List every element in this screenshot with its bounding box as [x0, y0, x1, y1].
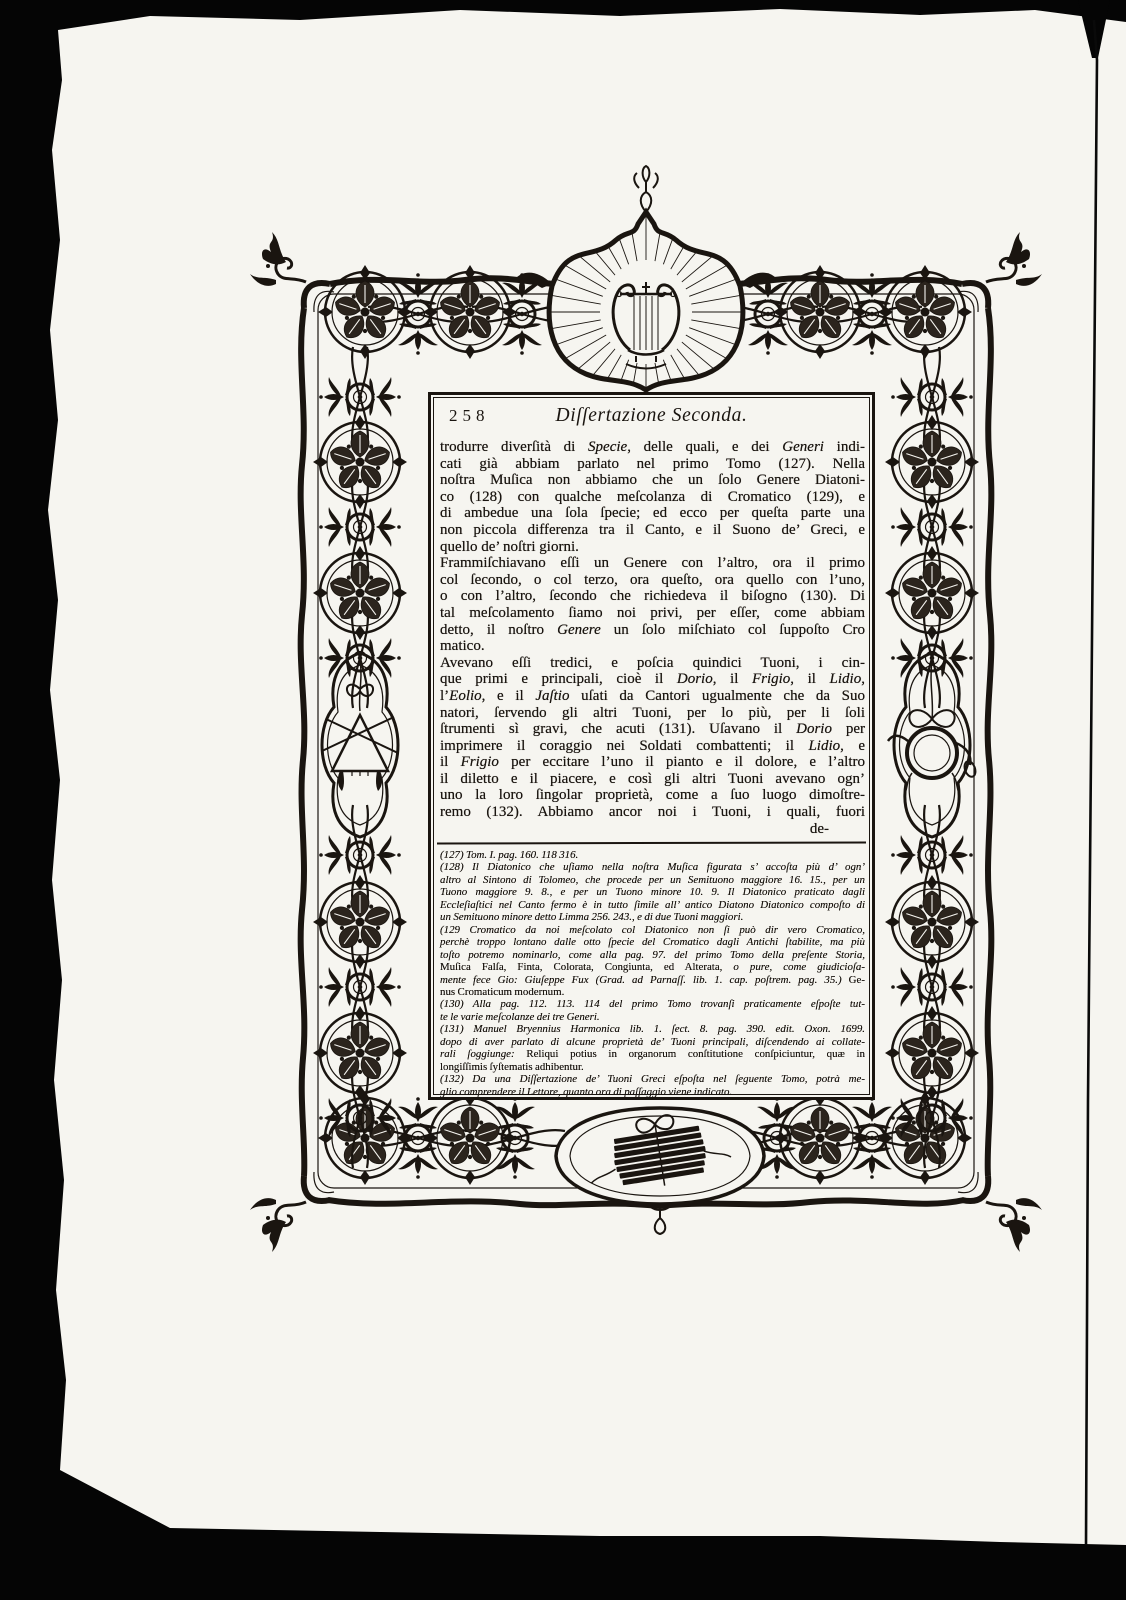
rosette-medallion [885, 546, 979, 640]
text-line: remo (132). Abbiamo ancor noi i Tuoni, i… [440, 804, 865, 821]
text-line: Eccleſiaſtici nel Canto fermo è in tutto… [440, 899, 865, 911]
text-line: rali ſoggiunge: Reliqui potius in organo… [440, 1048, 865, 1060]
rosette-medallion [423, 1091, 517, 1185]
text-line: di ambedue una ſola ſpecie; ed ecco per … [440, 505, 865, 522]
rosette-medallion [878, 1091, 972, 1185]
catchword: de- [440, 821, 865, 838]
text-line: co (128) con qualche meſcolanza di Croma… [440, 489, 865, 506]
footnotes: (127) Tom. I. pag. 160. 118 316. (128) I… [440, 849, 865, 1098]
rosette-medallion [313, 415, 407, 509]
paragraph: Frammiſchiavano eſſi un Genere con l’alt… [440, 555, 865, 655]
text-line: altro al Sintono di Tolomeo, che procede… [440, 874, 865, 886]
text-line: Avevano eſſi tredici, e poſcia quindici … [440, 655, 865, 672]
text-line: perchè troppo lontano dalle otto ſpecie … [440, 936, 865, 948]
text-line: un Semituono minore detto Limma 256. 243… [440, 911, 865, 923]
text-line: noſtra Muſica non abbiamo che un ſolo Ge… [440, 472, 865, 489]
text-line: (130) Alla pag. 112. 113. 114 del primo … [440, 998, 865, 1010]
text-line: ſtrumenti sì gravi, che acuti (131). Uſa… [440, 721, 865, 738]
rosette-medallion [313, 875, 407, 969]
paragraph: (127) Tom. I. pag. 160. 118 316. [440, 849, 865, 861]
text-line: longiſſimis ſyſtematis adhibentur. [440, 1061, 865, 1073]
text-line: te le varie meſcolanze dei tre Generi. [440, 1011, 865, 1023]
rosette-medallion [885, 415, 979, 509]
scanned-book-page: 258 Diſſertazione Seconda. trodurre dive… [0, 0, 1126, 1600]
bottom-cartouche [556, 1106, 764, 1204]
footnote-entries: (127) Tom. I. pag. 160. 118 316. (128) I… [440, 849, 865, 1098]
body-text: trodurre diverſità di Specie, delle qual… [440, 439, 865, 838]
page-header: 258 Diſſertazione Seconda. [431, 404, 872, 430]
text-line: natori, ſervendo gli altri Tuoni, per lo… [440, 705, 865, 722]
text-line: detto, il noſtro Genere un ſolo miſchiat… [440, 622, 865, 639]
text-line: uno la loro ſingolar proprietà, come a ſ… [440, 787, 865, 804]
section-title: Diſſertazione Seconda. [431, 404, 872, 427]
text-line: il diletto e il piacere, e così gli altr… [440, 771, 865, 788]
footnote-rule [437, 841, 866, 844]
text-line: o con l’altro, ſecondo che richiedeva il… [440, 588, 865, 605]
text-box: 258 Diſſertazione Seconda. trodurre dive… [428, 392, 875, 1100]
text-line: non piccola differenza tra il Canto, e i… [440, 522, 865, 539]
text-line: cati già abbiam parlato nel primo Tomo (… [440, 456, 865, 473]
text-line: trodurre diverſità di Specie, delle qual… [440, 439, 865, 456]
paragraph: (131) Manuel Bryennius Harmonica lib. 1.… [440, 1023, 865, 1073]
text-line: (131) Manuel Bryennius Harmonica lib. 1.… [440, 1023, 865, 1035]
text-line: Frammiſchiavano eſſi un Genere con l’alt… [440, 555, 865, 572]
text-line: col ſecondo, o col terzo, ora queſto, or… [440, 572, 865, 589]
paragraph: trodurre diverſità di Specie, delle qual… [440, 439, 865, 555]
text-line: glio comprendere il Lettore, quanto ora … [440, 1086, 865, 1098]
text-line: matico. [440, 638, 865, 655]
text-line: imprimere il coraggio nei Soldati combat… [440, 738, 865, 755]
paragraph: Avevano eſſi tredici, e poſcia quindici … [440, 655, 865, 821]
text-line: (132) Da una Diſſertazione de’ Tuoni Gre… [440, 1073, 865, 1085]
text-line: Muſica Falſa, Finta, Colorata, Congiunta… [440, 961, 865, 973]
text-line: quello de’ noſtri giorni. [440, 539, 865, 556]
text-line: (129 Cromatico da noi meſcolato col Diat… [440, 924, 865, 936]
text-line: tal meſcolamento ſiamo noi privi, per eſ… [440, 605, 865, 622]
text-line: dopo di aver parlato di alcune proprietà… [440, 1036, 865, 1048]
text-line: nus Cromaticum modernum. [440, 986, 865, 998]
paragraphs: trodurre diverſità di Specie, delle qual… [440, 439, 865, 821]
text-line: l’Eolio, e il Jaſtio uſati da Cantori ug… [440, 688, 865, 705]
paragraph: (128) Il Diatonico che uſiamo nella noſt… [440, 861, 865, 923]
rosette-medallion [885, 875, 979, 969]
text-line: toſto potremo nominarlo, come alla pag. … [440, 949, 865, 961]
rosette-medallion [313, 1006, 407, 1100]
right-cartouche [888, 653, 977, 837]
paragraph: (132) Da una Diſſertazione de’ Tuoni Gre… [440, 1073, 865, 1098]
text-line: (127) Tom. I. pag. 160. 118 316. [440, 849, 865, 861]
paragraph: (130) Alla pag. 112. 113. 114 del primo … [440, 998, 865, 1023]
text-line: mente fece Gio: Giuſeppe Fux (Grad. ad P… [440, 974, 865, 986]
text-line: que primi e principali, cioè il Dorio, i… [440, 671, 865, 688]
left-cartouche [322, 653, 398, 837]
text-line: Tuono maggiore 9. 8., e per un Tuono min… [440, 886, 865, 898]
rosette-medallion [885, 1006, 979, 1100]
rosette-medallion [773, 1091, 867, 1185]
top-crest [516, 166, 776, 427]
text-line: il Frigio per eccitare l’uno il pianto e… [440, 754, 865, 771]
text-line: (128) Il Diatonico che uſiamo nella noſt… [440, 861, 865, 873]
page-number: 258 [449, 406, 490, 426]
paragraph: (129 Cromatico da noi meſcolato col Diat… [440, 924, 865, 999]
rosette-medallion [313, 546, 407, 640]
